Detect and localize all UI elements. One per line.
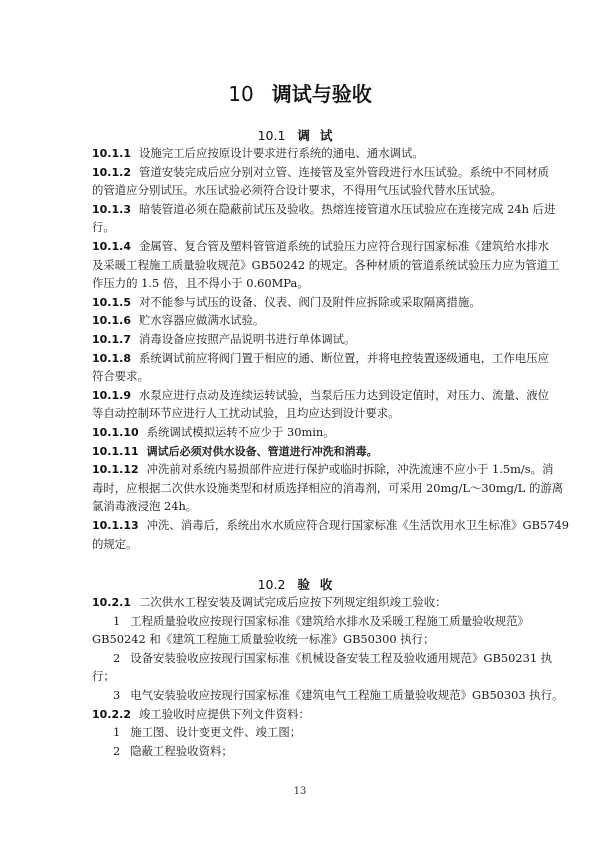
clause-text: 隐蔽工程验收资料； [130,744,233,758]
clause-line: 10.1.12冲洗前对系统内易损部件应进行保护或临时拆除，冲洗流速不应小于 1.… [92,461,512,478]
clause-text: 作压力的 1.5 倍，且不得小于 0.60MPa。 [92,276,309,290]
text-line: 及采暖工程施工质量验收规范》GB50242 的规定。各种材质的管道系统试验压力应… [92,257,512,273]
clause-number: 10.1.8 [92,352,131,365]
text-line: 等自动控制环节应进行人工扰动试验，且均应达到设计要求。 [92,405,512,421]
item-number: 2 [113,744,120,758]
clause-number: 10.1.2 [92,166,131,179]
clause-text: GB50242 和《建筑工程施工质量验收统一标准》GB50300 执行； [92,632,434,646]
clause-number: 10.1.3 [92,203,131,216]
clause-number: 10.1.10 [92,426,139,439]
clause-text: 工程质量验收应按现行国家标准《建筑给水排水及采暖工程施工质量验收规范》 [130,614,529,628]
clause-number: 10.1.12 [92,463,139,476]
text-line: 作压力的 1.5 倍，且不得小于 0.60MPa。 [92,275,512,291]
clause-number: 10.1.4 [92,240,131,253]
list-item: 3电气安装验收应按现行国家标准《建筑电气工程施工质量验收规范》GB50303 执… [113,687,533,703]
clause-text: 水泵应进行点动及连续运转试验，当泵后压力达到设定值时，对压力、流量、液位 [139,388,549,402]
clause-text: 氯消毒液浸泡 24h。 [92,499,197,513]
list-item: 1工程质量验收应按现行国家标准《建筑给水排水及采暖工程施工质量验收规范》 [113,613,533,629]
clause-line: 10.1.1设施完工后应按原设计要求进行系统的通电、通水调试。 [92,145,512,162]
clause-number: 10.1.1 [92,147,131,160]
clause-line: 10.1.9水泵应进行点动及连续运转试验，当泵后压力达到设定值时，对压力、流量、… [92,387,512,404]
clause-number: 10.1.11 [92,445,139,458]
section-title: 调试 [297,128,342,143]
clause-text: 管道安装完成后应分别对立管、连接管及室外管段进行水压试验。系统中不同材质 [139,165,549,179]
clause-text: 暗装管道必须在隐蔽前试压及验收。热熔连接管道水压试验应在连接完成 24h 后进 [139,202,555,216]
item-number: 1 [113,614,120,628]
clause-line: 10.1.3暗装管道必须在隐蔽前试压及验收。热熔连接管道水压试验应在连接完成 2… [92,201,512,218]
clause-line: 10.2.1二次供水工程安装及调试完成后应按下列规定组织竣工验收： [92,594,512,611]
section-title: 验收 [297,577,342,592]
document-page: 10调试与验收 10.1调试 10.1.1设施完工后应按原设计要求进行系统的通电… [0,0,600,848]
section-number: 10.1 [258,128,286,143]
clause-text: 行； [92,669,115,683]
clause-text: 设备安装验收应按现行国家标准《机械设备安装工程及验收通用规范》GB50231 执 [130,651,552,665]
clause-line: 10.1.11调试后必须对供水设备、管道进行冲洗和消毒。 [92,443,512,460]
text-line: 符合要求。 [92,368,512,384]
chapter-title-text: 调试与验收 [272,82,372,106]
clause-number: 10.1.9 [92,389,131,402]
text-line: 的规定。 [92,536,512,552]
clause-text: 的管道应分别试压。水压试验必须符合设计要求，不得用气压试验代替水压试验。 [92,183,502,197]
list-item: 2隐蔽工程验收资料； [113,743,533,759]
page-number: 13 [0,786,600,797]
clause-text: 行。 [92,220,115,234]
clause-line: 10.1.8系统调试前应将阀门置于相应的通、断位置，并将电控装置逐级通电，工作电… [92,350,512,367]
text-line: 氯消毒液浸泡 24h。 [92,498,512,514]
clause-line: 10.1.4金属管、复合管及塑料管管道系统的试验压力应符合现行国家标准《建筑给水… [92,238,512,255]
list-item: 1施工图、设计变更文件、竣工图； [113,724,533,740]
clause-text: 毒时，应根据二次供水设施类型和材质选择相应的消毒剂，可采用 20mg/L～30m… [92,481,563,495]
clause-text: 施工图、设计变更文件、竣工图； [130,725,301,739]
section-heading-10-2: 10.2验收 [0,575,600,593]
clause-text: 系统调试前应将阀门置于相应的通、断位置，并将电控装置逐级通电，工作电压应 [139,351,549,365]
clause-text: 调试后必须对供水设备、管道进行冲洗和消毒。 [147,445,378,458]
clause-line: 10.2.2竣工验收时应提供下列文件资料： [92,706,512,723]
clause-number: 10.1.7 [92,333,131,346]
clause-number: 10.1.5 [92,296,131,309]
item-number: 1 [113,725,120,739]
clause-text: 二次供水工程安装及调试完成后应按下列规定组织竣工验收： [139,595,447,609]
item-number: 3 [113,688,120,702]
clause-text: 冲洗、消毒后，系统出水水质应符合现行国家标准《生活饮用水卫生标准》GB5749 [147,518,569,532]
clause-text: 的规定。 [92,537,138,551]
clause-text: 消毒设备应按照产品说明书进行单体调试。 [139,332,355,346]
clause-text: 电气安装验收应按现行国家标准《建筑电气工程施工质量验收规范》GB50303 执行… [130,688,563,702]
chapter-number: 10 [228,82,253,106]
text-line: GB50242 和《建筑工程施工质量验收统一标准》GB50300 执行； [92,631,512,647]
clause-number: 10.2.2 [92,708,131,721]
clause-text: 冲洗前对系统内易损部件应进行保护或临时拆除，冲洗流速不应小于 1.5m/s。消 [147,462,554,476]
clause-text: 等自动控制环节应进行人工扰动试验，且均应达到设计要求。 [92,406,400,420]
clause-text: 竣工验收时应提供下列文件资料： [139,707,310,721]
clause-line: 10.1.7消毒设备应按照产品说明书进行单体调试。 [92,331,512,348]
text-line: 的管道应分别试压。水压试验必须符合设计要求，不得用气压试验代替水压试验。 [92,182,512,198]
clause-number: 10.2.1 [92,596,131,609]
clause-line: 10.1.6贮水容器应做满水试验。 [92,312,512,329]
clause-text: 金属管、复合管及塑料管管道系统的试验压力应符合现行国家标准《建筑给水排水 [139,239,549,253]
chapter-title: 10调试与验收 [0,78,600,107]
clause-text: 及采暖工程施工质量验收规范》GB50242 的规定。各种材质的管道系统试验压力应… [92,258,559,272]
clause-line: 10.1.2管道安装完成后应分别对立管、连接管及室外管段进行水压试验。系统中不同… [92,164,512,181]
clause-number: 10.1.6 [92,314,131,327]
clause-line: 10.1.10系统调试模拟运转不应少于 30min。 [92,424,512,441]
clause-text: 贮水容器应做满水试验。 [139,313,264,327]
section-heading-10-1: 10.1调试 [0,126,600,144]
list-item: 2设备安装验收应按现行国家标准《机械设备安装工程及验收通用规范》GB50231 … [113,650,533,666]
clause-number: 10.1.13 [92,519,139,532]
text-line: 毒时，应根据二次供水设施类型和材质选择相应的消毒剂，可采用 20mg/L～30m… [92,480,512,496]
section-number: 10.2 [258,577,286,592]
clause-text: 对不能参与试压的设备、仪表、阀门及附件应拆除或采取隔离措施。 [139,295,481,309]
clause-line: 10.1.5对不能参与试压的设备、仪表、阀门及附件应拆除或采取隔离措施。 [92,294,512,311]
clause-text: 设施完工后应按原设计要求进行系统的通电、通水调试。 [139,146,424,160]
item-number: 2 [113,651,120,665]
text-line: 行。 [92,219,512,235]
clause-line: 10.1.13冲洗、消毒后，系统出水水质应符合现行国家标准《生活饮用水卫生标准》… [92,517,512,534]
clause-text: 系统调试模拟运转不应少于 30min。 [147,425,335,439]
clause-text: 符合要求。 [92,369,149,383]
text-line: 行； [92,668,512,684]
